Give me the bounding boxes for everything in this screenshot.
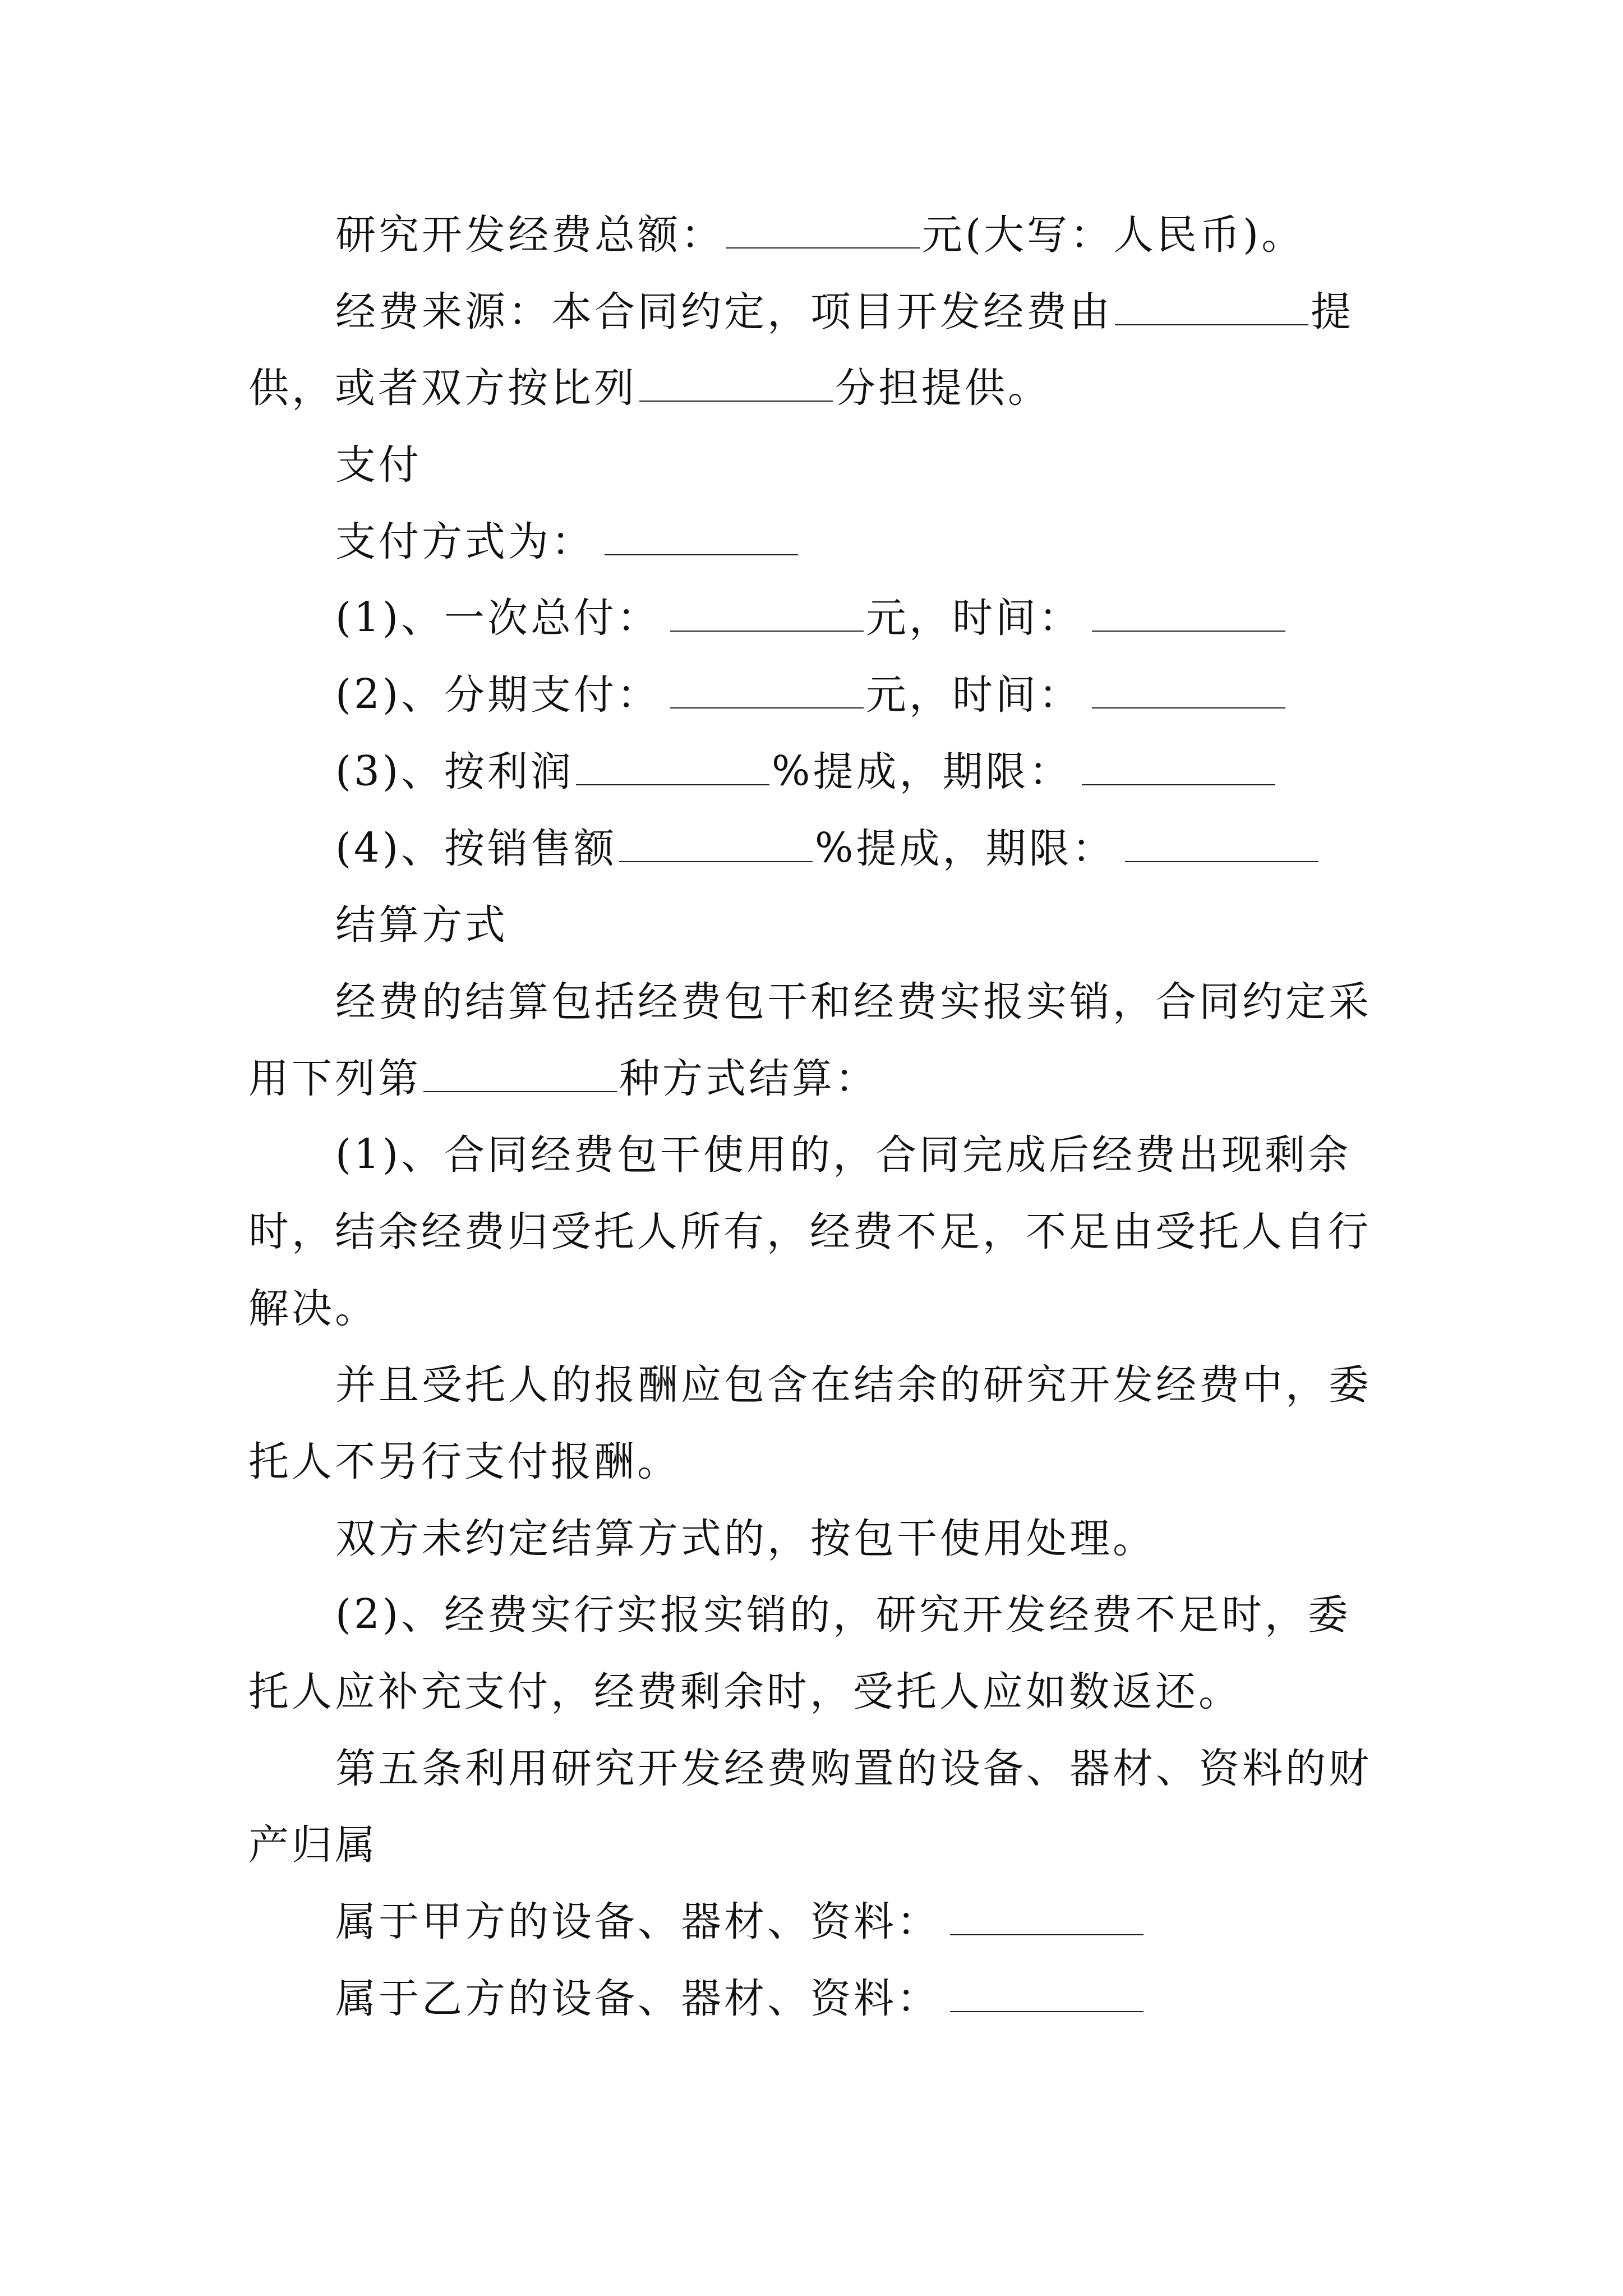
funding-total-blank[interactable] (726, 214, 920, 249)
lump-sum-time-blank[interactable] (1092, 597, 1285, 632)
payment-option-1-time-label: 元，时间： (866, 594, 1082, 641)
payment-option-1-label: (1)、一次总付： (335, 594, 660, 641)
payment-option-3: (3)、按利润%提成，期限： (248, 749, 1381, 826)
default-settlement-text: 双方未约定结算方式的，按包干使用处理。 (335, 1515, 1156, 1562)
profit-term-blank[interactable] (1082, 751, 1275, 785)
settlement-paragraph-line-1: 经费的结算包括经费包干和经费实报实销，合同约定采 (248, 979, 1381, 1056)
party-b-property-line: 属于乙方的设备、器材、资料： (248, 1976, 1381, 2053)
funding-source-label: 经费来源：本合同约定，项目开发经费由 (335, 288, 1113, 335)
payment-heading-text: 支付 (335, 441, 422, 488)
funding-source-line: 经费来源：本合同约定，项目开发经费由提 (248, 289, 1381, 366)
article-5-line-1: 第五条利用研究开发经费购置的设备、器材、资料的财 (248, 1746, 1381, 1823)
article-5-line-2: 产归属 (248, 1822, 1381, 1899)
funding-ratio-label: 供，或者双方按比列 (248, 364, 637, 411)
funding-ratio-blank[interactable] (639, 367, 833, 402)
installment-amount-blank[interactable] (670, 674, 864, 708)
clause-2-text: (2)、经费实行实报实销的，研究开发经费不足时，委 (335, 1591, 1351, 1638)
clause-1-line-1: (1)、合同经费包干使用的，合同完成后经费出现剩余 (248, 1132, 1381, 1209)
payment-method-blank[interactable] (605, 521, 798, 555)
remuneration-text: 并且受托人的报酬应包含在结余的研究开发经费中，委 (335, 1361, 1372, 1408)
funding-total-suffix: 元(大写：人民币)。 (922, 211, 1304, 258)
funding-total-label: 研究开发经费总额： (335, 211, 724, 258)
clause-2-line-2: 托人应补充支付，经费剩余时，受托人应如数返还。 (248, 1669, 1381, 1746)
settlement-choice-blank[interactable] (423, 1057, 617, 1092)
payment-option-2-time-label: 元，时间： (866, 671, 1082, 718)
funding-ratio-line: 供，或者双方按比列分担提供。 (248, 365, 1381, 442)
party-a-property-blank[interactable] (950, 1901, 1144, 1935)
party-a-property-line: 属于甲方的设备、器材、资料： (248, 1899, 1381, 1976)
payment-option-1: (1)、一次总付：元，时间： (248, 595, 1381, 672)
settlement-text: 经费的结算包括经费包干和经费实报实销，合同约定采 (335, 978, 1372, 1025)
settlement-heading-text: 结算方式 (335, 901, 508, 948)
settlement-heading: 结算方式 (248, 902, 1381, 979)
remuneration-text-end: 托人不另行支付报酬。 (248, 1438, 680, 1485)
settlement-paragraph-line-2: 用下列第种方式结算： (248, 1056, 1381, 1133)
payment-heading: 支付 (248, 442, 1381, 519)
clause-1-line-3: 解决。 (248, 1286, 1381, 1363)
payment-option-4-label: (4)、按销售额 (335, 825, 617, 872)
payment-option-2: (2)、分期支付：元，时间： (248, 672, 1381, 749)
settlement-choice-suffix: 种方式结算： (619, 1055, 878, 1102)
party-b-property-blank[interactable] (950, 1977, 1144, 2012)
payment-option-3-label: (3)、按利润 (335, 748, 574, 795)
clause-2-text-end: 托人应补充支付，经费剩余时，受托人应如数返还。 (248, 1668, 1242, 1715)
party-b-property-label: 属于乙方的设备、器材、资料： (335, 1975, 940, 2022)
remuneration-line-1: 并且受托人的报酬应包含在结余的研究开发经费中，委 (248, 1362, 1381, 1439)
default-settlement-line: 双方未约定结算方式的，按包干使用处理。 (248, 1516, 1381, 1593)
payment-option-4-term-label: %提成，期限： (815, 825, 1115, 872)
payment-method-label: 支付方式为： (335, 518, 594, 565)
installment-time-blank[interactable] (1092, 674, 1285, 708)
sales-percent-blank[interactable] (619, 827, 813, 862)
article-5-title: 第五条利用研究开发经费购置的设备、器材、资料的财 (335, 1745, 1372, 1792)
article-5-title-end: 产归属 (248, 1821, 378, 1868)
funding-provider-blank[interactable] (1115, 291, 1308, 325)
payment-option-2-label: (2)、分期支付： (335, 671, 660, 718)
profit-percent-blank[interactable] (576, 751, 769, 785)
document-page: 研究开发经费总额：元(大写：人民币)。 经费来源：本合同约定，项目开发经费由提 … (248, 212, 1381, 2053)
funding-source-tail: 提 (1311, 288, 1354, 335)
clause-1-text: (1)、合同经费包干使用的，合同完成后经费出现剩余 (335, 1131, 1351, 1178)
lump-sum-amount-blank[interactable] (670, 597, 864, 632)
clause-1-text-cont: 时，结余经费归受托人所有，经费不足，不足由受托人自行 (248, 1208, 1371, 1255)
payment-option-3-term-label: %提成，期限： (772, 748, 1072, 795)
payment-method-line: 支付方式为： (248, 519, 1381, 596)
funding-ratio-suffix: 分担提供。 (835, 364, 1051, 411)
payment-option-4: (4)、按销售额%提成，期限： (248, 826, 1381, 903)
sales-term-blank[interactable] (1125, 827, 1318, 862)
clause-2-line-1: (2)、经费实行实报实销的，研究开发经费不足时，委 (248, 1592, 1381, 1669)
clause-1-text-end: 解决。 (248, 1285, 378, 1332)
settlement-choice-label: 用下列第 (248, 1055, 421, 1102)
clause-1-line-2: 时，结余经费归受托人所有，经费不足，不足由受托人自行 (248, 1209, 1381, 1286)
party-a-property-label: 属于甲方的设备、器材、资料： (335, 1898, 940, 1945)
remuneration-line-2: 托人不另行支付报酬。 (248, 1439, 1381, 1516)
funding-total-line: 研究开发经费总额：元(大写：人民币)。 (248, 212, 1381, 289)
